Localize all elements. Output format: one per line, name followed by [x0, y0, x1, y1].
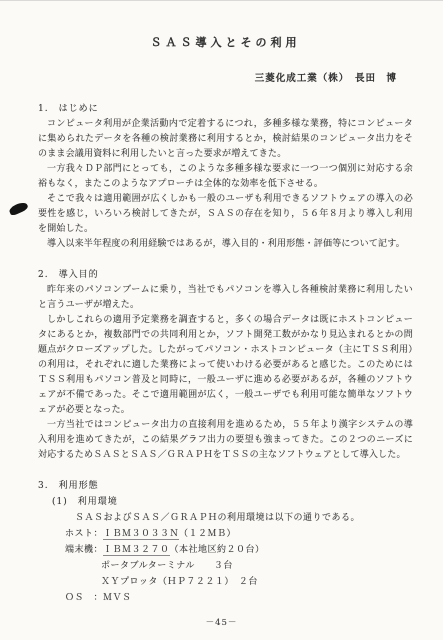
- paragraph: 導入以来半年程度の利用経験ではあるが，導入目的・利用形態・評価等について記す。: [38, 237, 413, 252]
- paragraph: 一方我々ＤＰ部門にとっても，このような多種多様な要求に一つ一つ個別に対応する余裕…: [38, 162, 413, 192]
- author-line: 三菱化成工業（株） 長田 博: [38, 70, 413, 84]
- page-number: －45－: [0, 616, 443, 628]
- scan-smudge-artifact: [8, 201, 29, 217]
- section-3-heading: 3. 利用形態: [38, 479, 413, 494]
- subsection-1-heading: (1) 利用環境: [38, 494, 413, 510]
- environment-intro: ＳＡＳおよびＳＡＳ／ＧＲＡＰＨの利用環境は以下の通りである。: [38, 510, 413, 526]
- env-detail: ポータブルターミナル ３台: [101, 561, 233, 571]
- env-model: ＩＢＭ３０３３Ｎ: [103, 529, 179, 540]
- section-2-heading: 2. 導入目的: [38, 268, 413, 283]
- env-detail: （本社地区約２０台）: [170, 545, 265, 555]
- section-1: 1. はじめに コンピュータ利用が企業活動内で定着するにつれ，多種多様な業務，特…: [38, 102, 413, 252]
- paragraph: 一方当社ではコンピュータ出力の直接利用を進めるため，５５年より漢字システムの導入…: [38, 418, 413, 463]
- environment-line-terminal: 端末機：ＩＢＭ３２７０（本社地区約２０台）: [38, 542, 413, 558]
- document-title: ＳＡＳ導入とその利用: [38, 34, 413, 50]
- section-1-heading: 1. はじめに: [38, 102, 413, 117]
- document-page: ＳＡＳ導入とその利用 三菱化成工業（株） 長田 博 1. はじめに コンピュータ…: [0, 0, 443, 640]
- env-detail: （１２ＭＢ）: [179, 529, 236, 539]
- scan-edge-artifact: [0, 0, 443, 1]
- paragraph: コンピュータ利用が企業活動内で定着するにつれ，多種多様な業務，特にコンピュータに…: [38, 117, 413, 162]
- env-detail: ＭＶＳ: [103, 593, 132, 603]
- environment-line-os: ＯＳ ：ＭＶＳ: [38, 590, 413, 606]
- env-label: 端末機：: [65, 545, 103, 555]
- paragraph: しかしこれらの適用予定業務を調査すると，多くの場合データは既にホストコンピュータ…: [38, 313, 413, 418]
- environment-line-xy-plotter: ＸＹプロッタ（ＨＰ７２２１） ２台: [38, 574, 413, 590]
- environment-line-portable-terminal: ポータブルターミナル ３台: [38, 558, 413, 574]
- paragraph: そこで我々は適用範囲が広くしかも一般のユーザも利用できるソフトウェアの導入の必要…: [38, 192, 413, 237]
- section-2: 2. 導入目的 昨年来のパソコンブームに乗り，当社でもパソコンを導入し各種検討業…: [38, 268, 413, 463]
- env-label: ホスト：: [65, 529, 103, 539]
- env-label: ＯＳ ：: [65, 593, 103, 603]
- environment-line-host: ホスト：ＩＢＭ３０３３Ｎ（１２ＭＢ）: [38, 526, 413, 542]
- env-detail: ＸＹプロッタ（ＨＰ７２２１） ２台: [101, 577, 258, 587]
- section-3: 3. 利用形態 (1) 利用環境 ＳＡＳおよびＳＡＳ／ＧＲＡＰＨの利用環境は以下…: [38, 479, 413, 606]
- paragraph: 昨年来のパソコンブームに乗り，当社でもパソコンを導入し各種検討業務に利用したいと…: [38, 283, 413, 313]
- env-model: ＩＢＭ３２７０: [103, 545, 170, 556]
